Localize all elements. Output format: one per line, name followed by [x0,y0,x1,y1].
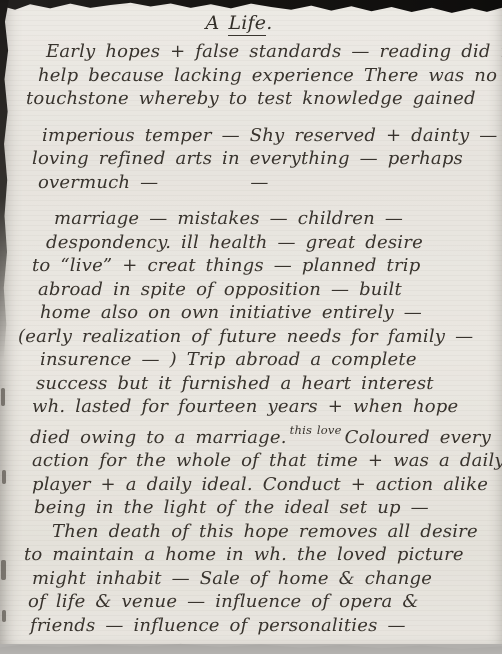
handwritten-line: action for the whole of that time + was … [32,449,490,473]
handwritten-line: help because lacking experience There wa… [38,64,490,88]
title-underlined-word: Life [228,12,266,36]
handwritten-line: imperious temper — Shy reserved + dainty… [42,124,490,148]
handwritten-line: overmuch —— [38,171,490,195]
handwritten-line: Then death of this hope removes all desi… [52,520,490,544]
handwritten-line: loving refined arts in everything — perh… [32,147,490,171]
handwritten-line: marriage — mistakes — children — [54,207,490,231]
handwritten-line: touchstone whereby to test knowledge gai… [26,87,490,111]
handwritten-line: success but it furnished a heart interes… [36,372,490,396]
page-title: ALife. [18,12,490,40]
handwritten-line: being in the light of the ideal set up — [34,496,490,520]
handwritten-content: ALife. Early hopes + false standards — r… [18,12,490,637]
scanned-page: ALife. Early hopes + false standards — r… [0,0,502,654]
interline-insertion: this love [290,419,342,443]
handwritten-line: Early hopes + false standards — reading … [46,40,490,64]
handwritten-line: insurence — ) Trip abroad a complete [40,348,490,372]
handwritten-text: died owing to a marriage. [30,427,287,448]
handwritten-line: of life & venue — influence of opera & [28,590,490,614]
title-period: . [266,12,272,34]
title-prefix: A [206,12,220,34]
paper-edge-mark [2,610,6,622]
handwritten-line: friends — influence of personalities — [30,614,490,638]
handwritten-line: player + a daily ideal. Conduct + action… [32,473,490,497]
paper-sheet: ALife. Early hopes + false standards — r… [0,0,502,644]
handwritten-line: to “live” + creat things — planned trip [32,254,490,278]
handwritten-line: despondency. ill health — great desire [46,231,490,255]
handwritten-line: wh. lasted for fourteen years + when hop… [32,395,490,419]
paragraph-dash: — [250,172,268,193]
paper-edge-mark [2,470,6,484]
handwritten-line: (early realization of future needs for f… [18,325,490,349]
handwritten-line: to maintain a home in wh. the loved pict… [24,543,490,567]
handwritten-text: Coloured every [345,427,491,448]
handwritten-line: might inhabit — Sale of home & change [32,567,490,591]
handwritten-line: home also on own initiative entirely — [40,301,490,325]
handwritten-line: died owing to a marriage.this loveColour… [30,419,490,450]
handwritten-line: abroad in spite of opposition — built [38,278,490,302]
handwritten-text: overmuch — [38,172,158,193]
paper-edge-mark [1,560,6,580]
paper-edge-mark [1,388,5,406]
